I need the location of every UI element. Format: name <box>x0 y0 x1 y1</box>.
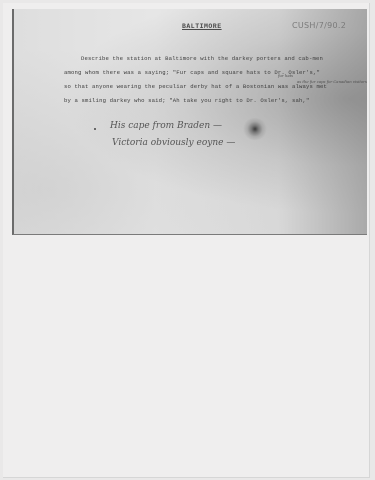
interlinear-annotation: as the fur caps for Canadian visitors <box>297 79 367 84</box>
document-title: BALTIMORE <box>182 23 222 30</box>
typed-line: Describe the station at Baltimore with t… <box>81 55 323 62</box>
call-number: CUSH/7/90.2 <box>292 21 346 30</box>
handwritten-note-line: Victoria obviously eoyne — <box>112 138 235 148</box>
interlinear-annotation: fur hats <box>278 73 293 78</box>
handwritten-note-line: His cape from Braden — <box>110 121 222 131</box>
typed-line: so that anyone wearing the peculiar derb… <box>64 83 327 90</box>
ink-blot <box>242 118 268 140</box>
ink-dot <box>94 128 96 130</box>
archive-page: BALTIMORE CUSH/7/90.2 Describe the stati… <box>3 3 370 478</box>
typed-line: by a smiling darkey who said; "Ah take y… <box>64 97 309 104</box>
photostat-copy: BALTIMORE CUSH/7/90.2 Describe the stati… <box>12 9 367 235</box>
